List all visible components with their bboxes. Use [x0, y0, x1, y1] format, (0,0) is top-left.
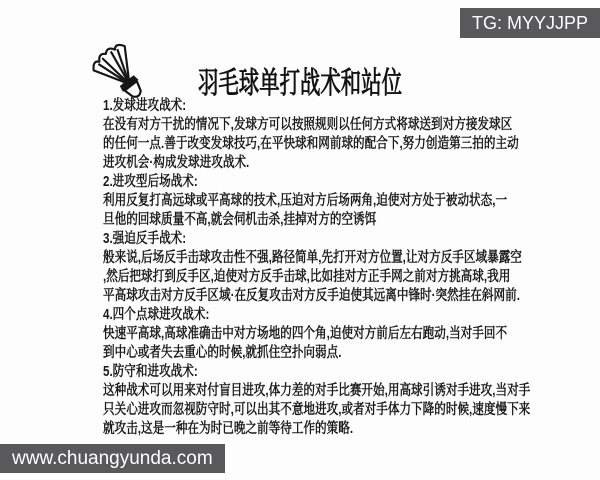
document-page: TG: MYYJJPP 羽毛球单打战术和站位 1.发球进攻战术:在没有对方干扰的…	[0, 0, 600, 480]
text-line: 到中心或者失去重心的时候,就抓住空扑向弱点.	[103, 344, 501, 363]
text-line: ,然后把球打到反手区,迫使对方反手击球,比如挂对方正手网之前对方挑高球,我用	[103, 268, 501, 287]
text-line: 利用反复打高远球或平高球的技术,压迫对方后场两角,迫使对方处于被动状态,一	[103, 192, 501, 211]
section-heading: 4.四个点球进攻战术:	[103, 306, 501, 325]
section-heading: 2.进攻型后场战术:	[103, 173, 501, 192]
text-line: 平高球攻击对方反手区域·在反复攻击对方反手迫使其远离中锋时·突然挂在斜网前.	[103, 287, 501, 306]
text-line: 旦他的回球质量不高,就会伺机击杀,挂掉对方的空诱饵	[103, 211, 501, 230]
text-line: 的任何一点.善于改变发球技巧,在平快球和网前球的配合下,努力创造第三拍的主动	[103, 135, 501, 154]
text-line: 进攻机会·构成发球进攻战术.	[103, 154, 501, 173]
text-line: 只关心进攻而忽视防守时,可以出其不意地进攻,或者对手体力下降的时候,速度慢下来	[103, 401, 501, 420]
text-line: 般来说,后场反手击球攻击性不强,路径简单,先打开对方位置,让对方反手区域暴露空	[103, 249, 501, 268]
section-heading: 5.防守和进攻战术:	[103, 363, 501, 382]
watermark-bottom-left: www.chuangyunda.com	[0, 444, 225, 473]
text-line: 就攻击,这是一种在为时已晚之前等待工作的策略.	[103, 420, 501, 439]
text-line: 这种战术可以用来对付盲目进攻,体力差的对手比赛开始,用高球引诱对手进攻,当对手	[103, 382, 501, 401]
sections: 1.发球进攻战术:在没有对方干扰的情况下,发球方可以按照规则以任何方式将球送到对…	[103, 97, 600, 439]
watermark-top-right: TG: MYYJJPP	[460, 8, 600, 38]
page-title: 羽毛球单打战术和站位	[198, 58, 402, 102]
section-heading: 3.强迫反手战术:	[103, 230, 501, 249]
section-heading: 1.发球进攻战术:	[103, 97, 501, 116]
text-line: 在没有对方干扰的情况下,发球方可以按照规则以任何方式将球送到对方接发球区	[103, 116, 501, 135]
text-line: 快速平高球,高球准确击中对方场地的四个角,迫使对方前后左右跑动,当对手回不	[103, 325, 501, 344]
